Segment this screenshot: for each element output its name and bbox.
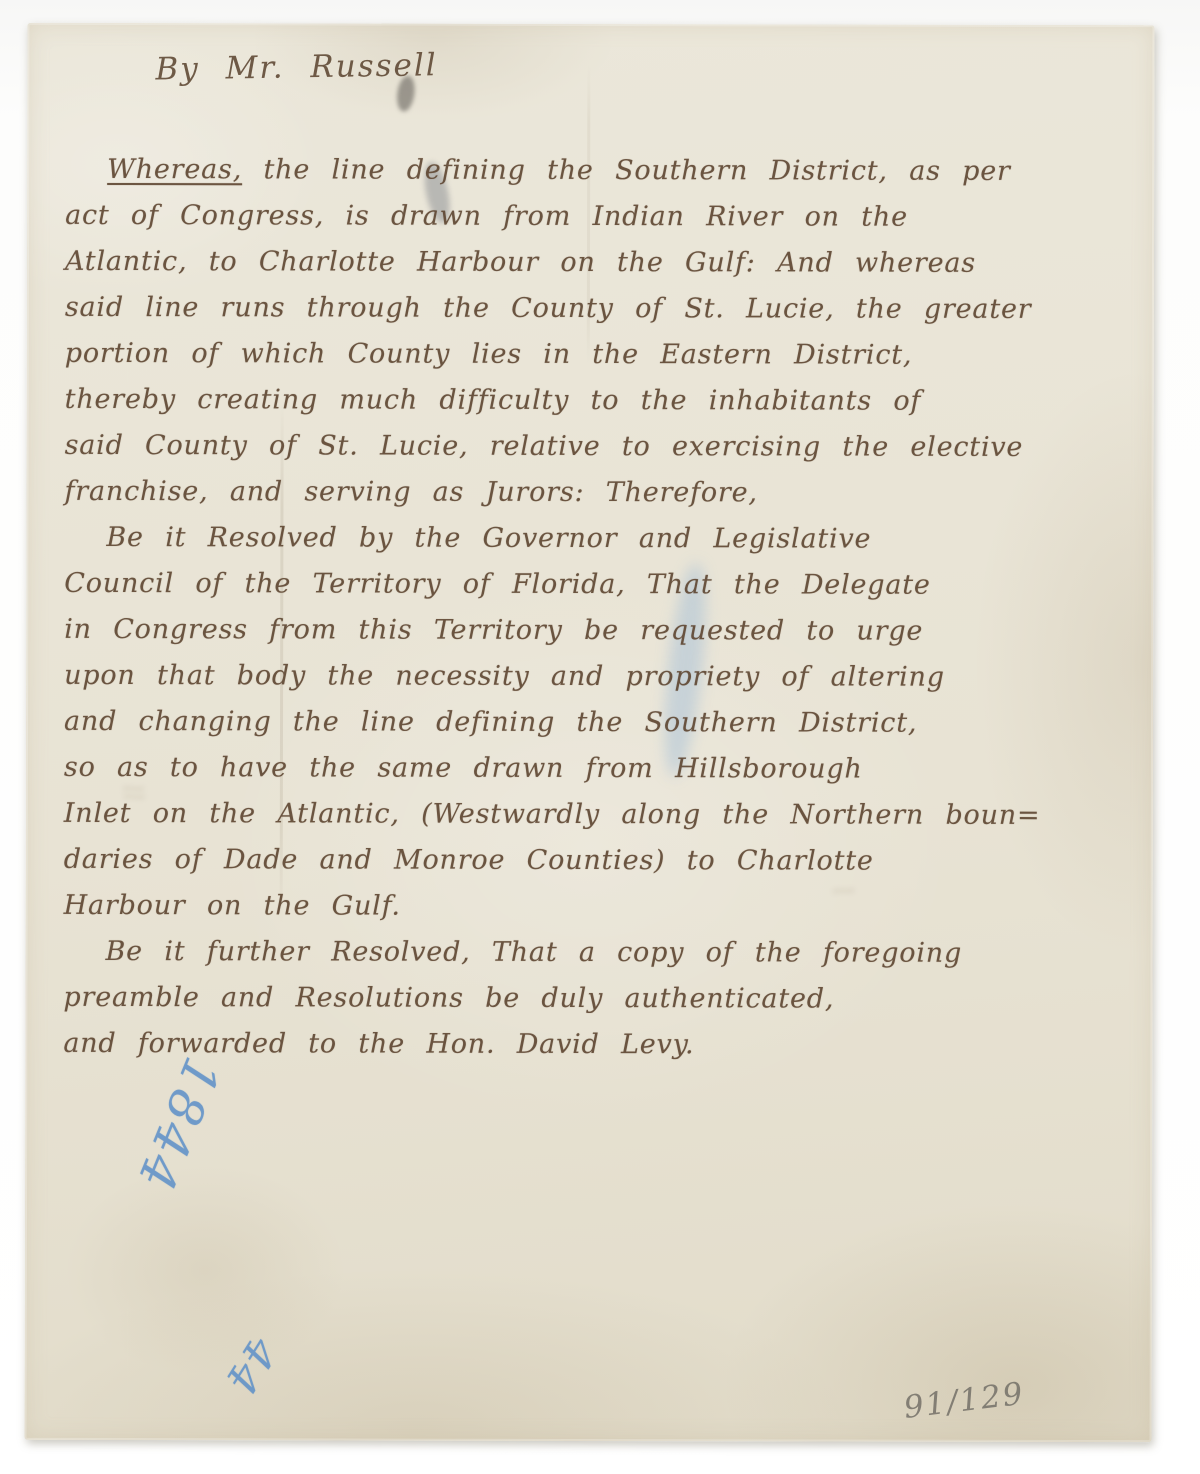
underlined-word: Whereas,	[107, 154, 242, 185]
manuscript-line: act of Congress, is drawn from Indian Ri…	[65, 193, 1127, 241]
manuscript-line: Be it further Resolved, That a copy of t…	[63, 929, 1125, 977]
manuscript-line: Atlantic, to Charlotte Harbour on the Gu…	[65, 239, 1127, 287]
scan-background: ll l By Mr. Russell Whereas, the line de…	[0, 0, 1200, 1474]
manuscript-line: Inlet on the Atlantic, (Westwardly along…	[64, 791, 1126, 839]
manuscript-line: daries of Dade and Monroe Counties) to C…	[64, 837, 1126, 885]
manuscript-lines: Whereas, the line defining the Southern …	[63, 147, 1127, 1069]
manuscript-line: in Congress from this Territory be reque…	[64, 607, 1126, 655]
manuscript-line: portion of which County lies in the East…	[65, 331, 1127, 379]
manuscript-line: Whereas, the line defining the Southern …	[65, 147, 1127, 195]
manuscript-line: Council of the Territory of Florida, Tha…	[64, 561, 1126, 609]
blue-pencil-annotation-upper: 1844	[125, 1049, 231, 1200]
manuscript-line: thereby creating much difficulty to the …	[65, 377, 1127, 425]
manuscript-line: said line runs through the County of St.…	[65, 285, 1127, 333]
attribution-line: By Mr. Russell	[155, 47, 438, 87]
manuscript-line: Be it Resolved by the Governor and Legis…	[64, 515, 1126, 563]
blue-pencil-annotation-lower: 44	[215, 1329, 287, 1404]
manuscript-line: preamble and Resolutions be duly authent…	[63, 975, 1125, 1023]
manuscript-line: said County of St. Lucie, relative to ex…	[65, 423, 1127, 471]
manuscript-line: and changing the line defining the South…	[64, 699, 1126, 747]
manuscript-line: so as to have the same drawn from Hillsb…	[64, 745, 1126, 793]
manuscript-line: upon that body the necessity and proprie…	[64, 653, 1126, 701]
manuscript-line: and forwarded to the Hon. David Levy.	[63, 1021, 1125, 1069]
manuscript-page: ll l By Mr. Russell Whereas, the line de…	[25, 23, 1155, 1442]
manuscript-line: franchise, and serving as Jurors: Theref…	[64, 469, 1126, 517]
manuscript-line: Harbour on the Gulf.	[64, 883, 1126, 931]
page-number-annotation: 91/129	[902, 1376, 1027, 1426]
